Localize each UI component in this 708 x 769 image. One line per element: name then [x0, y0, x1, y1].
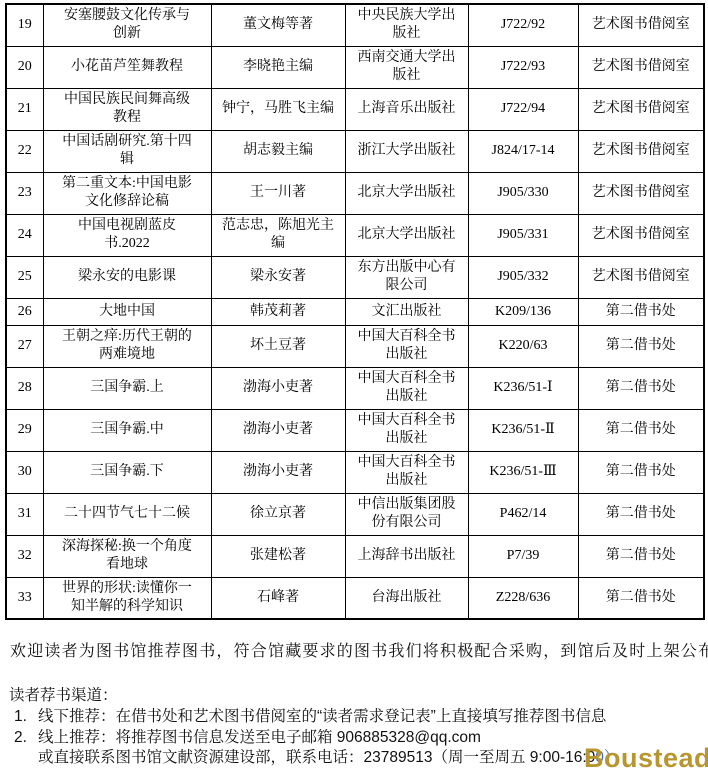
table-row: 29三国争霸.中渤海小吏著中国大百科全书出版社K236/51-Ⅱ第二借书处	[6, 409, 704, 451]
call-number-cell: J905/330	[468, 172, 578, 214]
publisher-cell: 文汇出版社	[345, 298, 468, 325]
row-number-cell: 21	[6, 88, 43, 130]
location-cell: 第二借书处	[578, 367, 704, 409]
location-cell: 第二借书处	[578, 451, 704, 493]
welcome-note: 欢迎读者为图书馆推荐图书，符合馆藏要求的图书我们将积极配合采购，到馆后及时上架公…	[9, 643, 705, 661]
row-number-cell: 22	[6, 130, 43, 172]
location-cell: 第二借书处	[578, 577, 704, 619]
row-number-cell: 33	[6, 577, 43, 619]
row-number-cell: 25	[6, 256, 43, 298]
location-cell: 第二借书处	[578, 409, 704, 451]
author-cell: 徐立京著	[211, 493, 345, 535]
item-number: 2.	[14, 727, 38, 748]
author-cell: 渤海小吏著	[211, 409, 345, 451]
publisher-cell: 西南交通大学出版社	[345, 46, 468, 88]
author-cell: 董文梅等著	[211, 4, 345, 46]
publisher-cell: 中国大百科全书出版社	[345, 409, 468, 451]
table-row: 22中国话剧研究.第十四辑胡志毅主编浙江大学出版社J824/17-14艺术图书借…	[6, 130, 704, 172]
row-number-cell: 26	[6, 298, 43, 325]
author-cell: 李晓艳主编	[211, 46, 345, 88]
call-number-cell: J905/332	[468, 256, 578, 298]
title-cell: 王朝之痒:历代王朝的两难境地	[43, 325, 211, 367]
table-row: 32深海探秘:换一个角度看地球张建松著上海辞书出版社P7/39第二借书处	[6, 535, 704, 577]
publisher-cell: 中国大百科全书出版社	[345, 451, 468, 493]
call-number-cell: Z228/636	[468, 577, 578, 619]
table-row: 26大地中国韩茂莉著文汇出版社K209/136第二借书处	[6, 298, 704, 325]
author-cell: 王一川著	[211, 172, 345, 214]
table-row: 21中国民族民间舞高级教程钟宁，马胜飞主编上海音乐出版社J722/94艺术图书借…	[6, 88, 704, 130]
location-cell: 艺术图书借阅室	[578, 256, 704, 298]
book-list-table: 19安塞腰鼓文化传承与创新董文梅等著中央民族大学出版社J722/92艺术图书借阅…	[5, 3, 705, 620]
publisher-cell: 东方出版中心有限公司	[345, 256, 468, 298]
author-cell: 张建松著	[211, 535, 345, 577]
title-cell: 深海探秘:换一个角度看地球	[43, 535, 211, 577]
location-cell: 第二借书处	[578, 325, 704, 367]
row-number-cell: 27	[6, 325, 43, 367]
title-cell: 三国争霸.中	[43, 409, 211, 451]
author-cell: 韩茂莉著	[211, 298, 345, 325]
title-cell: 三国争霸.上	[43, 367, 211, 409]
author-cell: 渤海小吏著	[211, 367, 345, 409]
row-number-cell: 24	[6, 214, 43, 256]
author-cell: 梁永安著	[211, 256, 345, 298]
publisher-cell: 北京大学出版社	[345, 214, 468, 256]
location-cell: 艺术图书借阅室	[578, 130, 704, 172]
location-cell: 艺术图书借阅室	[578, 172, 704, 214]
call-number-cell: P462/14	[468, 493, 578, 535]
location-cell: 艺术图书借阅室	[578, 4, 704, 46]
boustead-watermark: Boustead	[584, 743, 708, 769]
author-cell: 钟宁，马胜飞主编	[211, 88, 345, 130]
call-number-cell: K236/51-Ⅰ	[468, 367, 578, 409]
channel-item-offline: 1. 线下推荐：在借书处和艺术图书借阅室的“读者需求登记表”上直接填写推荐图书信…	[9, 706, 705, 727]
channels-heading: 读者荐书渠道：	[9, 685, 705, 706]
location-cell: 第二借书处	[578, 493, 704, 535]
publisher-cell: 中信出版集团股份有限公司	[345, 493, 468, 535]
location-cell: 艺术图书借阅室	[578, 46, 704, 88]
title-cell: 中国电视剧蓝皮书.2022	[43, 214, 211, 256]
title-cell: 第二重文本:中国电影文化修辞论稿	[43, 172, 211, 214]
author-cell: 石峰著	[211, 577, 345, 619]
location-cell: 艺术图书借阅室	[578, 214, 704, 256]
call-number-cell: J722/92	[468, 4, 578, 46]
call-number-cell: P7/39	[468, 535, 578, 577]
title-cell: 安塞腰鼓文化传承与创新	[43, 4, 211, 46]
location-cell: 第二借书处	[578, 298, 704, 325]
title-cell: 中国话剧研究.第十四辑	[43, 130, 211, 172]
row-number-cell: 28	[6, 367, 43, 409]
table-row: 20小花苗芦笙舞教程李晓艳主编西南交通大学出版社J722/93艺术图书借阅室	[6, 46, 704, 88]
table-row: 25梁永安的电影课梁永安著东方出版中心有限公司J905/332艺术图书借阅室	[6, 256, 704, 298]
title-cell: 梁永安的电影课	[43, 256, 211, 298]
author-cell: 坏土豆著	[211, 325, 345, 367]
author-cell: 渤海小吏著	[211, 451, 345, 493]
call-number-cell: J905/331	[468, 214, 578, 256]
table-row: 33世界的形状:读懂你一知半解的科学知识石峰著台海出版社Z228/636第二借书…	[6, 577, 704, 619]
call-number-cell: K236/51-Ⅱ	[468, 409, 578, 451]
row-number-cell: 29	[6, 409, 43, 451]
row-number-cell: 20	[6, 46, 43, 88]
row-number-cell: 31	[6, 493, 43, 535]
item-text: 线下推荐：在借书处和艺术图书借阅室的“读者需求登记表”上直接填写推荐图书信息	[38, 706, 705, 727]
publisher-cell: 浙江大学出版社	[345, 130, 468, 172]
item-number: 1.	[14, 706, 38, 727]
location-cell: 艺术图书借阅室	[578, 88, 704, 130]
publisher-cell: 台海出版社	[345, 577, 468, 619]
table-row: 24中国电视剧蓝皮书.2022范志忠，陈旭光主编北京大学出版社J905/331艺…	[6, 214, 704, 256]
title-cell: 中国民族民间舞高级教程	[43, 88, 211, 130]
table-row: 23第二重文本:中国电影文化修辞论稿王一川著北京大学出版社J905/330艺术图…	[6, 172, 704, 214]
title-cell: 小花苗芦笙舞教程	[43, 46, 211, 88]
call-number-cell: J722/93	[468, 46, 578, 88]
author-cell: 范志忠，陈旭光主编	[211, 214, 345, 256]
title-cell: 二十四节气七十二候	[43, 493, 211, 535]
publisher-cell: 上海辞书出版社	[345, 535, 468, 577]
title-cell: 三国争霸.下	[43, 451, 211, 493]
author-cell: 胡志毅主编	[211, 130, 345, 172]
row-number-cell: 19	[6, 4, 43, 46]
title-cell: 大地中国	[43, 298, 211, 325]
publisher-cell: 上海音乐出版社	[345, 88, 468, 130]
publisher-cell: 中国大百科全书出版社	[345, 325, 468, 367]
table-row: 28三国争霸.上渤海小吏著中国大百科全书出版社K236/51-Ⅰ第二借书处	[6, 367, 704, 409]
table-row: 31二十四节气七十二候徐立京著中信出版集团股份有限公司P462/14第二借书处	[6, 493, 704, 535]
table-row: 27王朝之痒:历代王朝的两难境地坏土豆著中国大百科全书出版社K220/63第二借…	[6, 325, 704, 367]
call-number-cell: K220/63	[468, 325, 578, 367]
publisher-cell: 中央民族大学出版社	[345, 4, 468, 46]
call-number-cell: J824/17-14	[468, 130, 578, 172]
call-number-cell: K209/136	[468, 298, 578, 325]
location-cell: 第二借书处	[578, 535, 704, 577]
table-row: 19安塞腰鼓文化传承与创新董文梅等著中央民族大学出版社J722/92艺术图书借阅…	[6, 4, 704, 46]
publisher-cell: 中国大百科全书出版社	[345, 367, 468, 409]
publisher-cell: 北京大学出版社	[345, 172, 468, 214]
row-number-cell: 30	[6, 451, 43, 493]
call-number-cell: J722/94	[468, 88, 578, 130]
title-cell: 世界的形状:读懂你一知半解的科学知识	[43, 577, 211, 619]
contact-note: 或直接联系图书馆文献资源建设部，联系电话：23789513（周一至周五 9:00…	[38, 749, 595, 766]
row-number-cell: 23	[6, 172, 43, 214]
call-number-cell: K236/51-Ⅲ	[468, 451, 578, 493]
table-row: 30三国争霸.下渤海小吏著中国大百科全书出版社K236/51-Ⅲ第二借书处	[6, 451, 704, 493]
row-number-cell: 32	[6, 535, 43, 577]
